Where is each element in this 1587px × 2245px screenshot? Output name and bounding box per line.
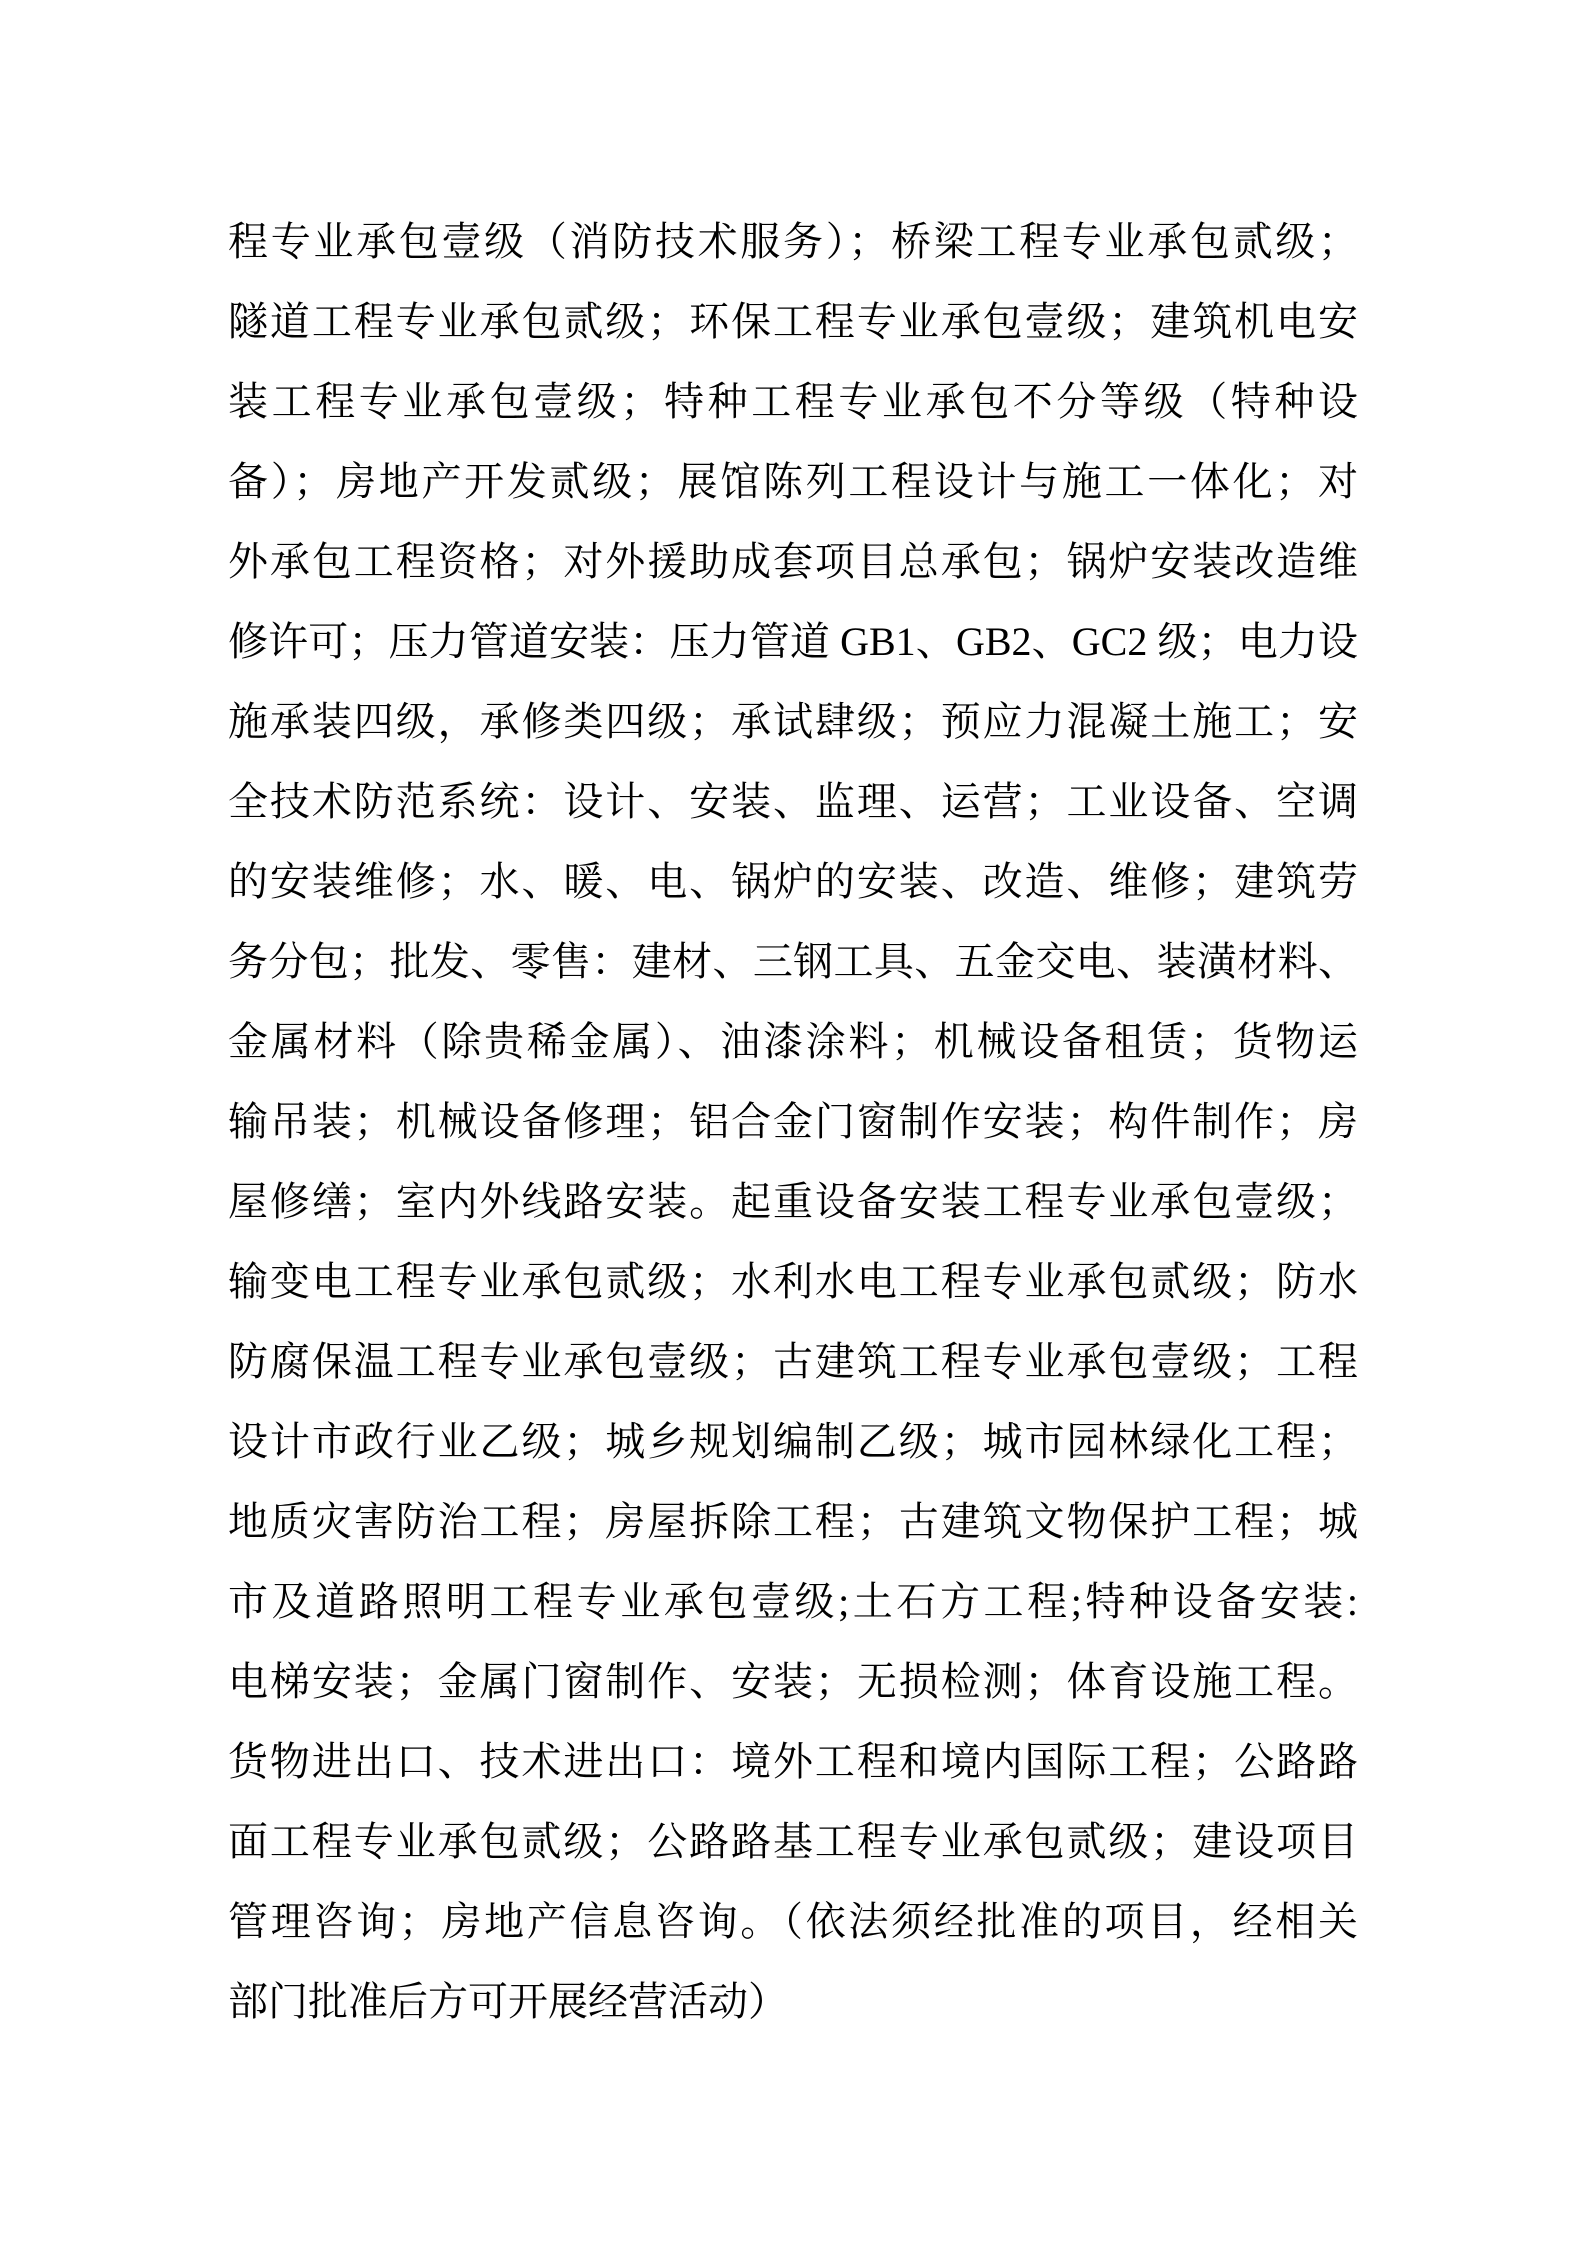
text-line-last: 部门批准后方可开展经营活动） <box>228 1962 1358 2042</box>
text-line: 全技术防范系统：设计、安装、监理、运营；工业设备、空调 <box>228 762 1358 842</box>
text-line: 备）；房地产开发贰级；展馆陈列工程设计与施工一体化；对 <box>228 442 1358 522</box>
text-line: 金属材料（除贵稀金属）、油漆涂料；机械设备租赁；货物运 <box>228 1002 1358 1082</box>
text-line: 隧道工程专业承包贰级；环保工程专业承包壹级；建筑机电安 <box>228 282 1358 362</box>
text-line: 管理咨询；房地产信息咨询。（依法须经批准的项目，经相关 <box>228 1882 1358 1962</box>
text-line: 的安装维修；水、暖、电、锅炉的安装、改造、维修；建筑劳 <box>228 842 1358 922</box>
text-line: 修许可；压力管道安装：压力管道 GB1、GB2、GC2 级；电力设 <box>228 602 1358 682</box>
text-line: 货物进出口、技术进出口：境外工程和境内国际工程；公路路 <box>228 1722 1358 1802</box>
text-line: 面工程专业承包贰级；公路路基工程专业承包贰级；建设项目 <box>228 1802 1358 1882</box>
business-scope-paragraph: 程专业承包壹级（消防技术服务）；桥梁工程专业承包贰级； 隧道工程专业承包贰级；环… <box>228 202 1358 2042</box>
text-line: 施承装四级，承修类四级；承试肆级；预应力混凝土施工；安 <box>228 682 1358 762</box>
text-line: 务分包；批发、零售：建材、三钢工具、五金交电、装潢材料、 <box>228 922 1358 1002</box>
text-line: 设计市政行业乙级；城乡规划编制乙级；城市园林绿化工程； <box>228 1402 1358 1482</box>
text-line: 市及道路照明工程专业承包壹级;土石方工程;特种设备安装: <box>228 1562 1358 1642</box>
text-line: 屋修缮；室内外线路安装。起重设备安装工程专业承包壹级； <box>228 1162 1358 1242</box>
text-line: 输吊装；机械设备修理；铝合金门窗制作安装；构件制作；房 <box>228 1082 1358 1162</box>
document-page: 程专业承包壹级（消防技术服务）；桥梁工程专业承包贰级； 隧道工程专业承包贰级；环… <box>0 0 1587 2245</box>
text-line: 防腐保温工程专业承包壹级；古建筑工程专业承包壹级；工程 <box>228 1322 1358 1402</box>
text-line: 电梯安装；金属门窗制作、安装；无损检测；体育设施工程。 <box>228 1642 1358 1722</box>
text-line: 装工程专业承包壹级；特种工程专业承包不分等级（特种设 <box>228 362 1358 442</box>
text-line: 外承包工程资格；对外援助成套项目总承包；锅炉安装改造维 <box>228 522 1358 602</box>
text-line: 程专业承包壹级（消防技术服务）；桥梁工程专业承包贰级； <box>228 202 1358 282</box>
text-line: 地质灾害防治工程；房屋拆除工程；古建筑文物保护工程；城 <box>228 1482 1358 1562</box>
text-line: 输变电工程专业承包贰级；水利水电工程专业承包贰级；防水 <box>228 1242 1358 1322</box>
